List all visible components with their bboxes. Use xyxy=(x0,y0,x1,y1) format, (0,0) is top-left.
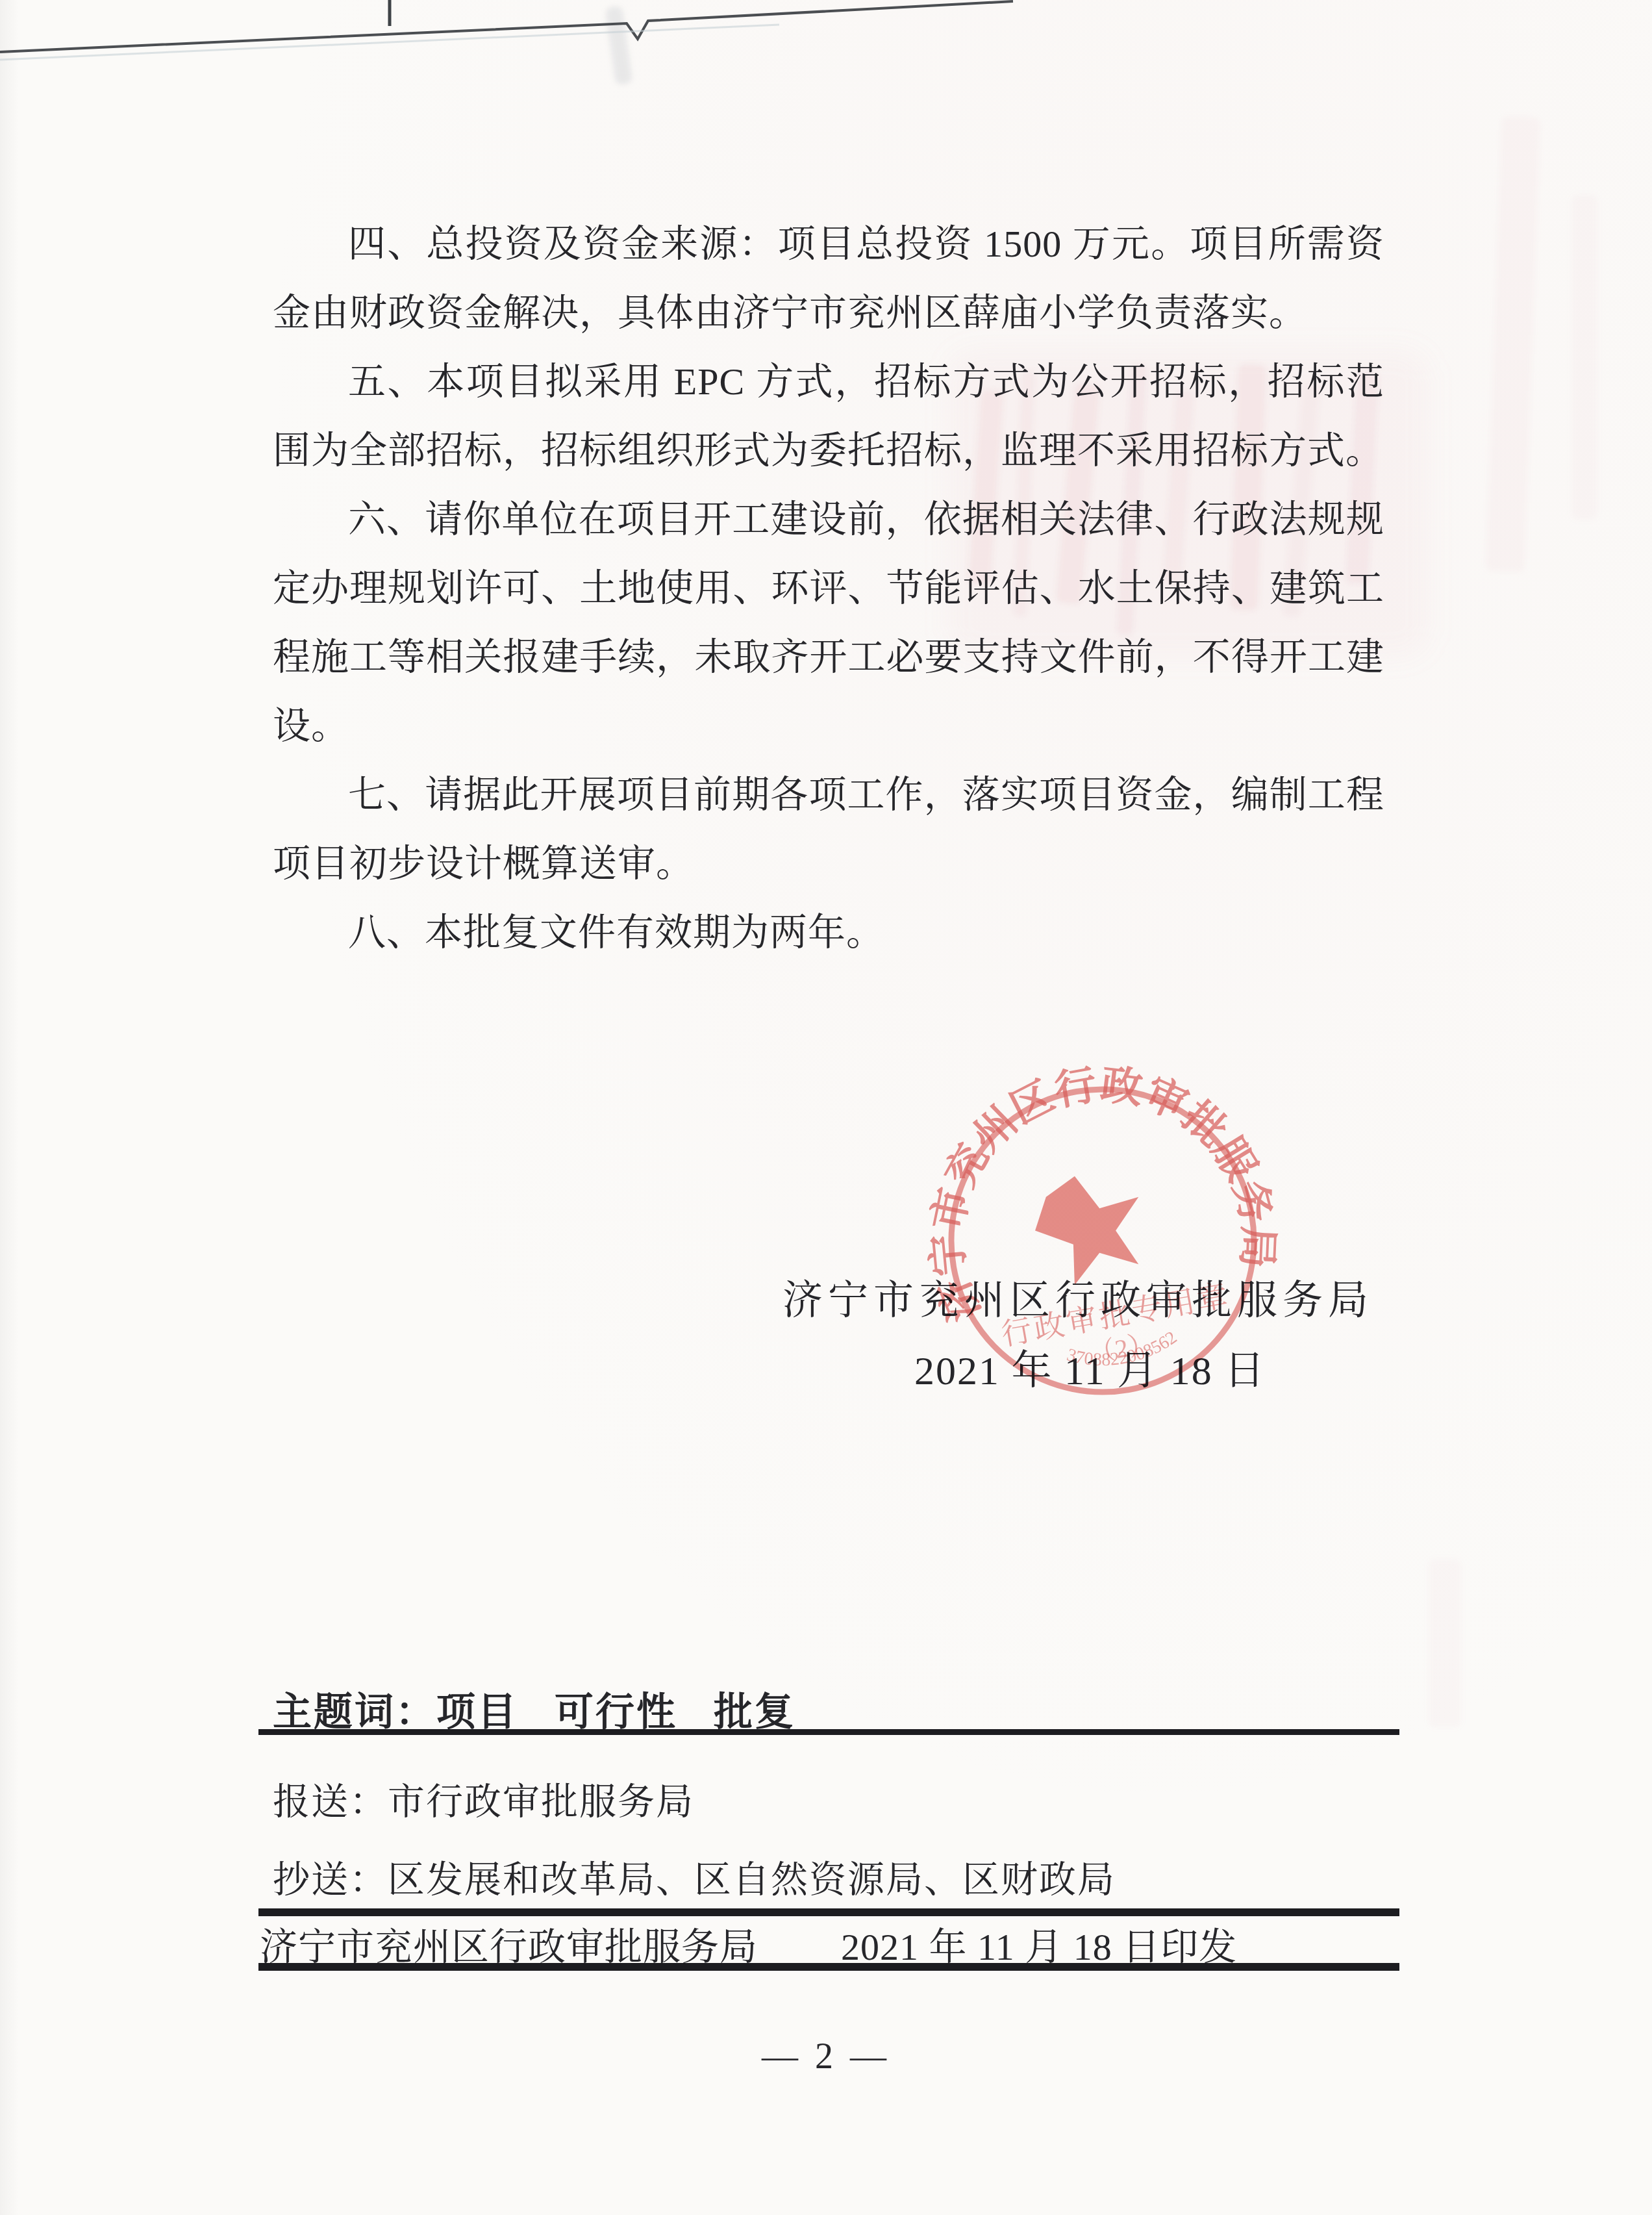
seal-ring-text: 济宁市兖州区行政审批服务局 xyxy=(895,1034,1289,1330)
subject-label: 主题词： xyxy=(273,1691,436,1734)
separator-rule xyxy=(258,1729,1399,1735)
page-number: — 2 — xyxy=(0,2036,1652,2077)
seal-star-icon xyxy=(1027,1166,1152,1290)
scan-edge-line xyxy=(0,0,1652,91)
official-seal: 济宁市兖州区行政审批服务局 行政审批专用章 （2） 3708822008562 xyxy=(877,1015,1328,1466)
seal-ring-text-container: 济宁市兖州区行政审批服务局 xyxy=(895,1034,1289,1330)
report-to-line: 报送：市行政审批服务局 xyxy=(273,1772,694,1825)
report-to-value: 市行政审批服务局 xyxy=(388,1782,694,1823)
body-paragraph: 六、请你单位在项目开工建设前，依据相关法律、行政法规规定办理规划许可、土地使用、… xyxy=(273,485,1384,761)
scanned-document-page: 四、总投资及资金来源：项目总投资 1500 万元。项目所需资金由财政资金解决，具… xyxy=(0,0,1652,2215)
separator-rule xyxy=(258,1908,1399,1916)
issuer-print-date: 2021 年 11 月 18 日印发 xyxy=(841,1926,1237,1968)
report-to-label: 报送： xyxy=(273,1782,388,1823)
body-paragraph: 七、请据此开展项目前期各项工作，落实项目资金，编制工程项目初步设计概算送审。 xyxy=(273,761,1384,898)
copy-to-line: 抄送：区发展和改革局、区自然资源局、区财政局 xyxy=(273,1850,1116,1903)
copy-to-label: 抄送： xyxy=(273,1860,388,1901)
document-body: 四、总投资及资金来源：项目总投资 1500 万元。项目所需资金由财政资金解决，具… xyxy=(273,210,1384,967)
subject-term: 可行性 xyxy=(555,1691,677,1734)
body-paragraph: 四、总投资及资金来源：项目总投资 1500 万元。项目所需资金由财政资金解决，具… xyxy=(273,210,1384,348)
body-paragraph: 八、本批复文件有效期为两年。 xyxy=(273,898,1384,967)
issuer-agency: 济宁市兖州区行政审批服务局 xyxy=(260,1926,758,1968)
subject-term: 批复 xyxy=(714,1691,795,1734)
copy-to-value: 区发展和改革局、区自然资源局、区财政局 xyxy=(388,1860,1116,1901)
subject-term: 项目 xyxy=(436,1691,518,1734)
separator-rule xyxy=(258,1963,1399,1971)
body-paragraph: 五、本项目拟采用 EPC 方式，招标方式为公开招标，招标范围为全部招标，招标组织… xyxy=(273,348,1384,485)
